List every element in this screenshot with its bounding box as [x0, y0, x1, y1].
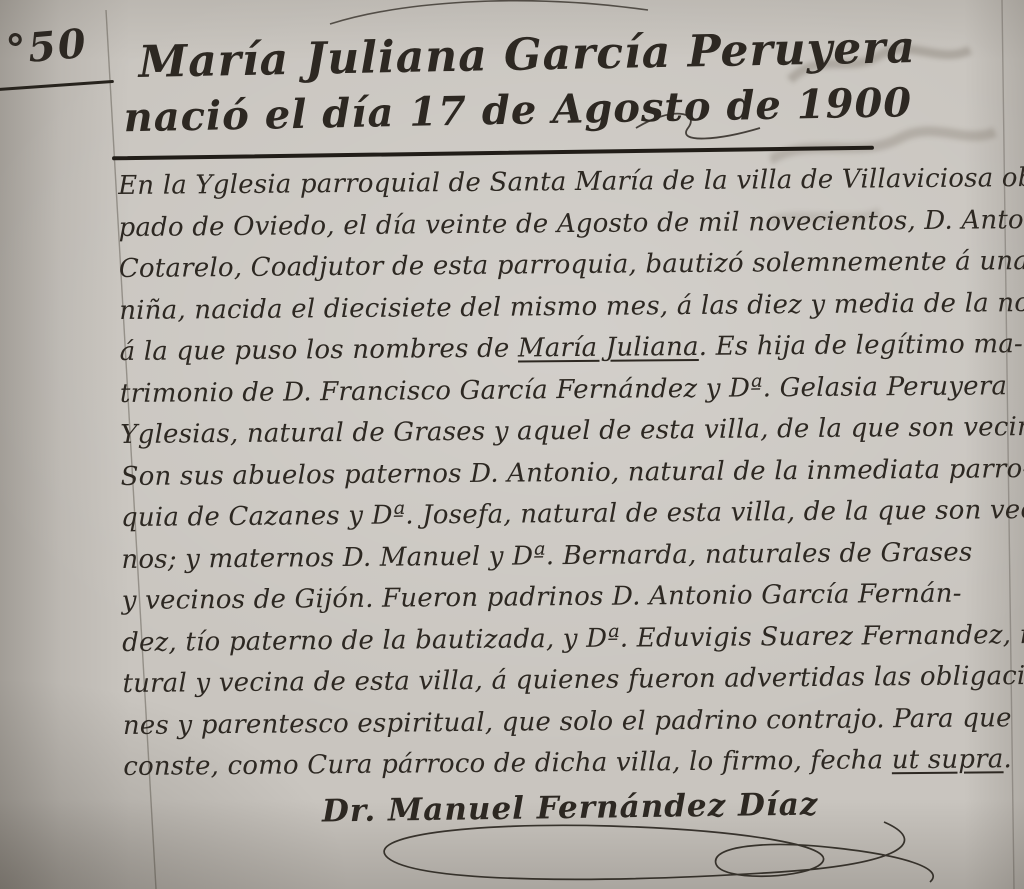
line-text: Cotarelo, Coadjutor de esta parroquia, b… [119, 246, 1024, 284]
line-text: Yglesias, natural de Grases y aquel de e… [120, 412, 1024, 450]
line-text: . [1003, 744, 1012, 774]
record-line: Yglesias, natural de Grases y aquel de e… [120, 407, 1020, 456]
line-text: tural y vecina de esta villa, á quienes … [122, 661, 1024, 699]
line-text: pado de Oviedo, el día veinte de Agosto … [118, 204, 1024, 242]
signature: Dr. Manuel Fernández Díaz [322, 787, 819, 830]
line-text: trimonio de D. Francisco García Fernánde… [120, 371, 1007, 409]
underlined-phrase: María Juliana [518, 332, 699, 364]
line-text: Son sus abuelos paternos D. Antonio, nat… [121, 454, 1024, 492]
underlined-phrase: ut supra [892, 744, 1004, 775]
line-text: quia de Cazanes y Dª. Josefa, natural de… [121, 495, 1024, 533]
record-line: á la que puso los nombres de María Julia… [119, 324, 1019, 373]
record-line: y vecinos de Gijón. Fueron padrinos D. A… [122, 573, 1022, 622]
line-text: conste, como Cura párroco de dicha villa… [123, 745, 892, 782]
line-text: dez, tío paterno de la bautizada, y Dª. … [122, 619, 1024, 657]
record-headline: María Juliana García Peruyera nació el d… [138, 17, 1000, 143]
record-line: quia de Cazanes y Dª. Josefa, natural de… [121, 490, 1021, 539]
line-text: nos; y maternos D. Manuel y Dª. Bernarda… [121, 537, 972, 574]
record-line: En la Yglesia parroquial de Santa María … [118, 158, 1018, 207]
record-line: conste, como Cura párroco de dicha villa… [123, 739, 1023, 788]
line-text: En la Yglesia parroquial de Santa María … [118, 163, 1024, 201]
line-text: . Es hija de legítimo ma- [699, 329, 1023, 362]
record-line: Cotarelo, Coadjutor de esta parroquia, b… [119, 241, 1019, 290]
line-text: y vecinos de Gijón. Fueron padrinos D. A… [122, 579, 962, 616]
line-text: nes y parentesco espiritual, que solo el… [123, 703, 1012, 741]
record-line: tural y vecina de esta villa, á quienes … [122, 656, 1022, 705]
line-text: á la que puso los nombres de [119, 334, 518, 367]
line-text: niña, nacida el diecisiete del mismo mes… [119, 287, 1024, 325]
photographed-baptism-record-page: { "page": { "margin_number": "°50", "tit… [0, 0, 1024, 889]
record-body: En la Yglesia parroquial de Santa María … [118, 158, 1023, 788]
